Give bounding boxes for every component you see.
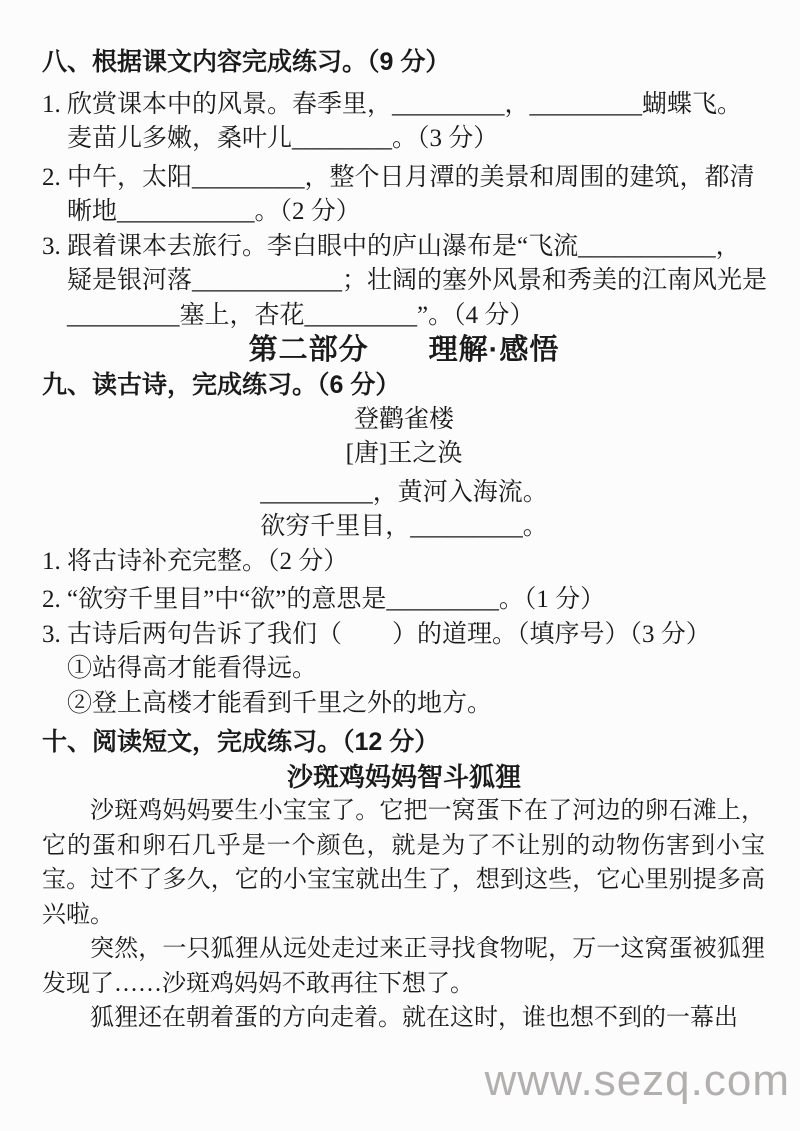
poem-author: [唐]王之涣 [42,437,766,472]
poem-title: 登鹳雀楼 [42,403,766,438]
passage-title: 沙斑鸡妈妈智斗狐狸 [42,760,766,795]
q8-item3-line2: 疑是银河落____________；壮阔的塞外风景和秀美的江南风光是 [42,264,766,299]
passage-paragraph-3: 狐狸还在朝着蛋的方向走着。就在这时，谁也想不到的一幕出 [42,1001,765,1036]
exam-page: 八、根据课文内容完成练习。（9 分） 1. 欣赏课本中的风景。春季里，_____… [0,0,800,1131]
q8-item2-line1: 2. 中午，太阳_________，整个日月潭的美景和周围的建筑，都清 [42,161,766,196]
q8-item1-line1: 1. 欣赏课本中的风景。春季里，_________，_________蝴蝶飞。 [42,88,766,123]
section9-heading: 九、读古诗，完成练习。（6 分） [42,368,766,403]
poem-line1: _________，黄河入海流。 [42,476,766,511]
q8-item3-line1: 3. 跟着课本去旅行。李白眼中的庐山瀑布是“飞流___________， [42,230,766,265]
q9-sub1: 1. 将古诗补充完整。（2 分） [42,545,766,580]
section8-heading: 八、根据课文内容完成练习。（9 分） [42,45,766,80]
q9-option2: ②登上高楼才能看到千里之外的地方。 [42,687,766,722]
q9-option1: ①站得高才能看得远。 [42,652,766,687]
poem-line2: 欲穷千里目，_________。 [42,510,766,545]
q8-item1-line2: 麦苗儿多嫩，桑叶儿________。（3 分） [42,122,766,157]
q8-item2-line2: 晰地___________。（2 分） [42,195,766,230]
passage-paragraph-1: 沙斑鸡妈妈要生小宝宝了。它把一窝蛋下在了河边的卵石滩上，它的蛋和卵石几乎是一个颜… [42,794,765,932]
passage-paragraph-2: 突然，一只狐狸从远处走过来正寻找食物呢，万一这窝蛋被狐狸发现了……沙斑鸡妈妈不敢… [42,932,765,1001]
q9-sub3: 3. 古诗后两句告诉了我们（ ）的道理。（填序号）（3 分） [42,618,766,653]
section10-heading: 十、阅读短文，完成练习。（12 分） [42,725,766,760]
watermark-text: www.sezq.com [485,1056,790,1106]
q8-item3-line3: _________塞上，杏花_________”。（4 分） [42,299,766,334]
q9-sub2: 2. “欲穷千里目”中“欲”的意思是_________。（1 分） [42,583,766,618]
part2-heading: 第二部分 理解·感悟 [42,333,766,368]
